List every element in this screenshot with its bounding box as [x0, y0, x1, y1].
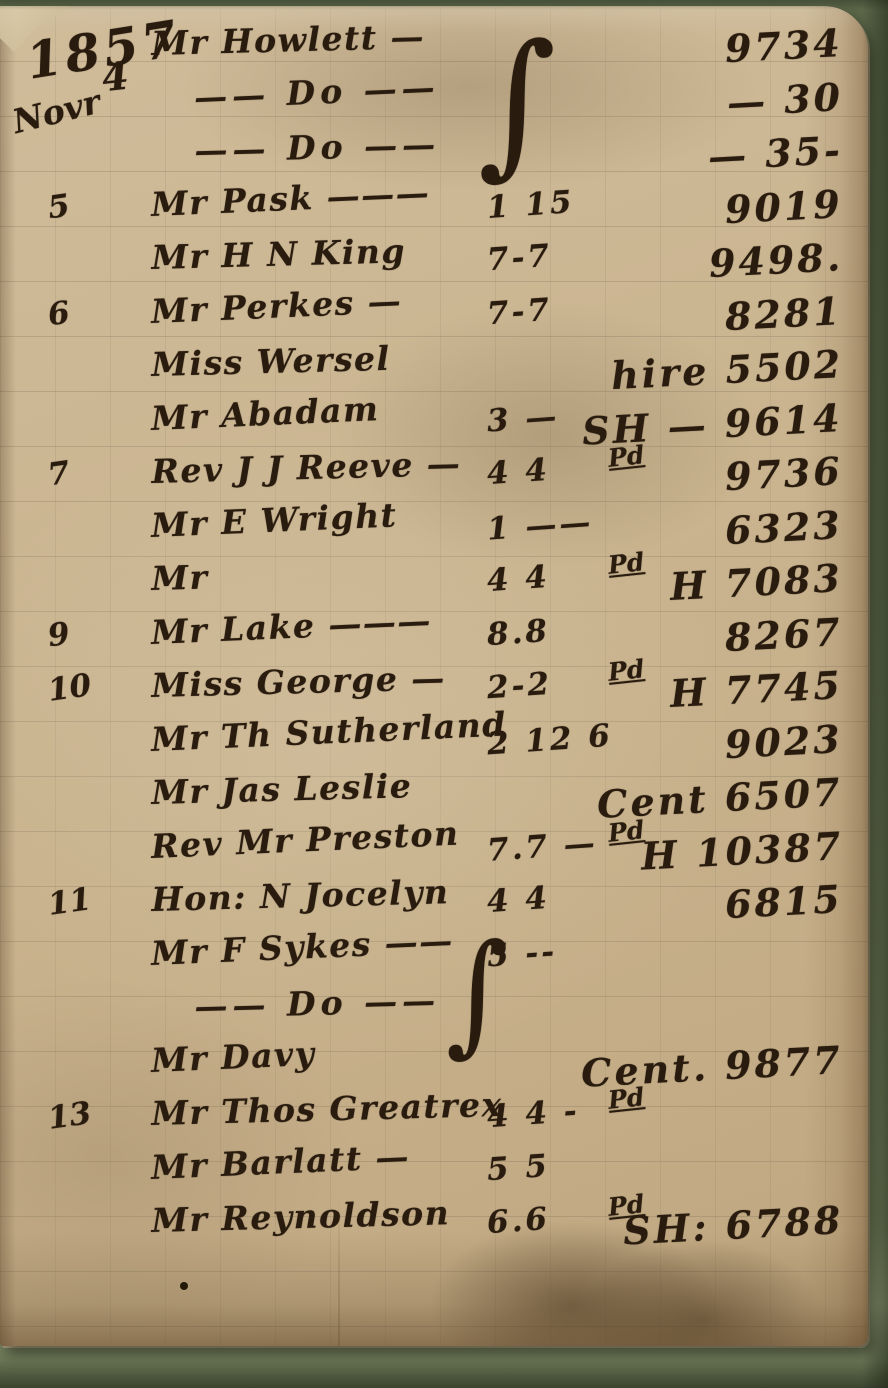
ledger-row: Miss Wersel hire 5502: [0, 343, 868, 397]
ledger-row: Mr F Sykes —— 5 --: [0, 932, 868, 986]
row-amount: 4 4: [486, 880, 551, 920]
row-ledger-number: 9023: [724, 716, 844, 767]
row-ledger-number: 9019: [724, 181, 844, 232]
row-ledger-number: 6323: [724, 502, 844, 553]
ledger-row: Mr Reynoldson 6.6 Pd SH: 6788: [0, 1199, 868, 1253]
row-ledger-number: hire 5502: [610, 341, 844, 398]
ledger-row: 6 Mr Perkes — 7-7 8281: [0, 290, 868, 344]
ledger-row: Mr Abadam 3 — SH — 9614: [0, 397, 868, 451]
row-ledger-number: H 7083: [669, 555, 844, 609]
row-ledger-number: 9736: [724, 448, 844, 499]
row-date: 11: [46, 881, 94, 923]
ledger-row: Mr E Wright 1 —— 6323: [0, 504, 868, 558]
row-ledger-number: — 35-: [707, 127, 844, 179]
row-name: Hon: N Jocelyn: [151, 872, 450, 919]
row-amount: 6.6: [486, 1201, 551, 1241]
row-paid-mark: Pd: [607, 654, 646, 687]
ledger-row: Mr Th Sutherland 2 12 6 9023: [0, 718, 868, 772]
row-name: —— Do ——: [194, 125, 441, 170]
row-amount: 4 4: [486, 452, 551, 492]
row-ledger-number: 8281: [724, 288, 844, 339]
row-name: Mr Jas Leslie: [151, 766, 413, 812]
row-name: Mr: [151, 558, 209, 598]
row-date: 13: [46, 1095, 94, 1137]
ledger-row: —— Do ——: [0, 985, 868, 1039]
row-ledger-number: H 7745: [669, 662, 844, 716]
row-amount: 2-2: [486, 666, 553, 706]
ledger-row: 7 Rev J J Reeve — 4 4 Pd 9736: [0, 450, 868, 504]
row-name: Mr Reynoldson: [151, 1193, 451, 1240]
row-name: Mr Thos Greatrex: [151, 1085, 503, 1133]
row-ledger-number: 8267: [724, 609, 844, 660]
row-ledger-number: 9498.: [708, 234, 844, 286]
row-paid-mark: Pd: [607, 547, 646, 580]
row-amount: 1 ——: [486, 504, 595, 547]
ledger-row: Mr H N King 7-7 9498.: [0, 236, 868, 290]
row-name: Mr Davy: [150, 1033, 316, 1079]
row-amount: 4 4 -: [486, 1093, 581, 1135]
row-name: —— Do ——: [194, 981, 441, 1026]
ledger-row: Mr Davy Cent. 9877: [0, 1039, 868, 1093]
ledger-row: 9 Mr Lake ——— 8.8 8267: [0, 611, 868, 665]
ledger-row: 13 Mr Thos Greatrex 4 4 - Pd: [0, 1092, 868, 1146]
ledger-row: —— Do —— — 35-: [0, 129, 868, 183]
row-amount: 4 4: [486, 559, 551, 599]
ledger-row: Mr Barlatt — 5 5: [0, 1146, 868, 1200]
ledger-row: Mr 4 4 Pd H 7083: [0, 557, 868, 611]
ledger-row: Rev Mr Preston 7.7 — Pd H 10387: [0, 825, 868, 879]
row-date: 10: [46, 667, 94, 709]
row-name: Mr Howlett —: [151, 17, 425, 63]
row-name: Rev J J Reeve —: [151, 444, 462, 491]
row-date: 6: [46, 294, 72, 333]
row-ledger-number: 9734: [724, 20, 844, 71]
row-date: 5: [46, 187, 72, 226]
ledger-rows: Mr Howlett — 9734 —— Do —— — 30 —— Do ——…: [0, 22, 868, 1253]
row-amount: 7.7 —: [486, 825, 599, 869]
row-date: 7: [46, 455, 72, 494]
row-name: Mr Abadam: [150, 389, 380, 438]
row-amount: 5 5: [486, 1147, 551, 1187]
row-ledger-number: 6815: [724, 876, 844, 927]
row-amount: 7-7: [486, 238, 553, 278]
row-amount: 1 15: [486, 183, 576, 225]
row-amount: 7-7: [486, 291, 553, 331]
row-paid-mark: Pd: [607, 440, 646, 473]
row-ledger-number: H 10387: [640, 823, 844, 879]
row-paid-mark: Pd: [607, 1082, 646, 1115]
row-name: Mr H N King: [151, 231, 406, 277]
row-ledger-number: SH: 6788: [622, 1197, 844, 1253]
row-amount: 5 --: [486, 933, 558, 974]
ledger-page: 1857 Novr 4 ∫ ∫ Mr Howlett — 9734 —— Do …: [0, 6, 868, 1346]
row-amount: 8.8: [486, 612, 551, 652]
ledger-row: —— Do —— — 30: [0, 76, 868, 130]
row-date: 9: [46, 615, 72, 654]
ledger-row: 5 Mr Pask ——— 1 15 9019: [0, 183, 868, 237]
row-name: Miss Wersel: [151, 339, 391, 384]
ink-dot: [180, 1282, 188, 1290]
row-name: Miss George —: [151, 658, 446, 705]
row-amount: 3 —: [486, 398, 561, 439]
row-ledger-number: — 30: [726, 74, 844, 125]
